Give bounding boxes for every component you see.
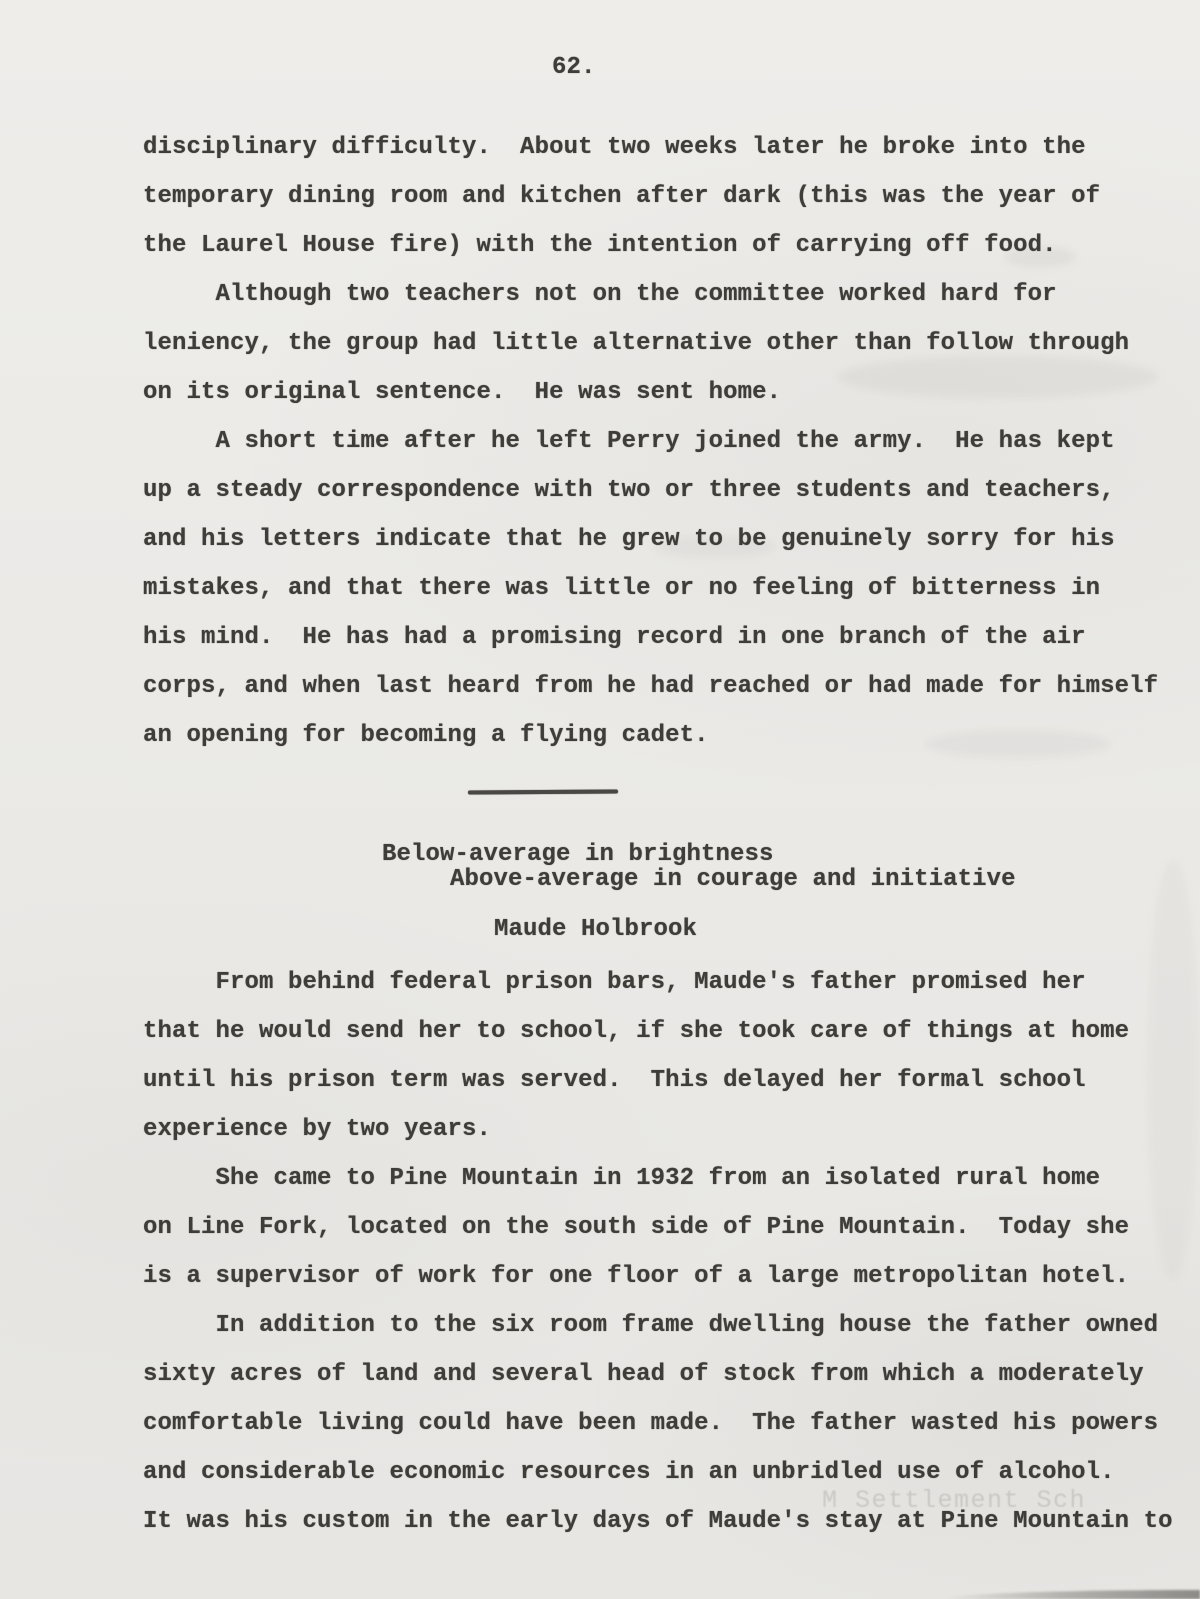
text-line: and considerable economic resources in a… bbox=[143, 1448, 1173, 1497]
text-line: comfortable living could have been made.… bbox=[143, 1399, 1173, 1448]
body-text-section: From behind federal prison bars, Maude's… bbox=[143, 958, 1173, 1546]
section-divider-rule bbox=[468, 789, 618, 794]
scan-edge-shadow bbox=[945, 1590, 1200, 1599]
text-line: that he would send her to school, if she… bbox=[143, 1007, 1173, 1056]
text-line: A short time after he left Perry joined … bbox=[143, 417, 1158, 466]
text-line: mistakes, and that there was little or n… bbox=[143, 564, 1158, 613]
section-subject-name: Maude Holbrook bbox=[494, 916, 697, 943]
text-line: Although two teachers not on the committ… bbox=[143, 270, 1158, 319]
text-line: It was his custom in the early days of M… bbox=[143, 1497, 1173, 1546]
text-line: From behind federal prison bars, Maude's… bbox=[143, 958, 1173, 1007]
text-line: disciplinary difficulty. About two weeks… bbox=[143, 123, 1158, 172]
section-heading-line1: Below-average in brightness bbox=[382, 841, 774, 868]
body-text-top: disciplinary difficulty. About two weeks… bbox=[143, 123, 1158, 760]
text-line: on its original sentence. He was sent ho… bbox=[143, 368, 1158, 417]
text-line: In addition to the six room frame dwelli… bbox=[143, 1301, 1173, 1350]
text-line: corps, and when last heard from he had r… bbox=[143, 662, 1158, 711]
text-line: is a supervisor of work for one floor of… bbox=[143, 1252, 1173, 1301]
text-line: leniency, the group had little alternati… bbox=[143, 319, 1158, 368]
text-line: his mind. He has had a promising record … bbox=[143, 613, 1158, 662]
text-line: until his prison term was served. This d… bbox=[143, 1056, 1173, 1105]
text-line: on Line Fork, located on the south side … bbox=[143, 1203, 1173, 1252]
text-line: experience by two years. bbox=[143, 1105, 1173, 1154]
text-line: She came to Pine Mountain in 1932 from a… bbox=[143, 1154, 1173, 1203]
text-line: up a steady correspondence with two or t… bbox=[143, 466, 1158, 515]
text-line: and his letters indicate that he grew to… bbox=[143, 515, 1158, 564]
text-line: an opening for becoming a flying cadet. bbox=[143, 711, 1158, 760]
section-heading-line2: Above-average in courage and initiative bbox=[450, 866, 1016, 893]
text-line: sixty acres of land and several head of … bbox=[143, 1350, 1173, 1399]
text-line: the Laurel House fire) with the intentio… bbox=[143, 221, 1158, 270]
text-line: temporary dining room and kitchen after … bbox=[143, 172, 1158, 221]
page-number: 62. bbox=[552, 54, 596, 81]
scanned-typewritten-page: 62. disciplinary difficulty. About two w… bbox=[0, 0, 1200, 1599]
